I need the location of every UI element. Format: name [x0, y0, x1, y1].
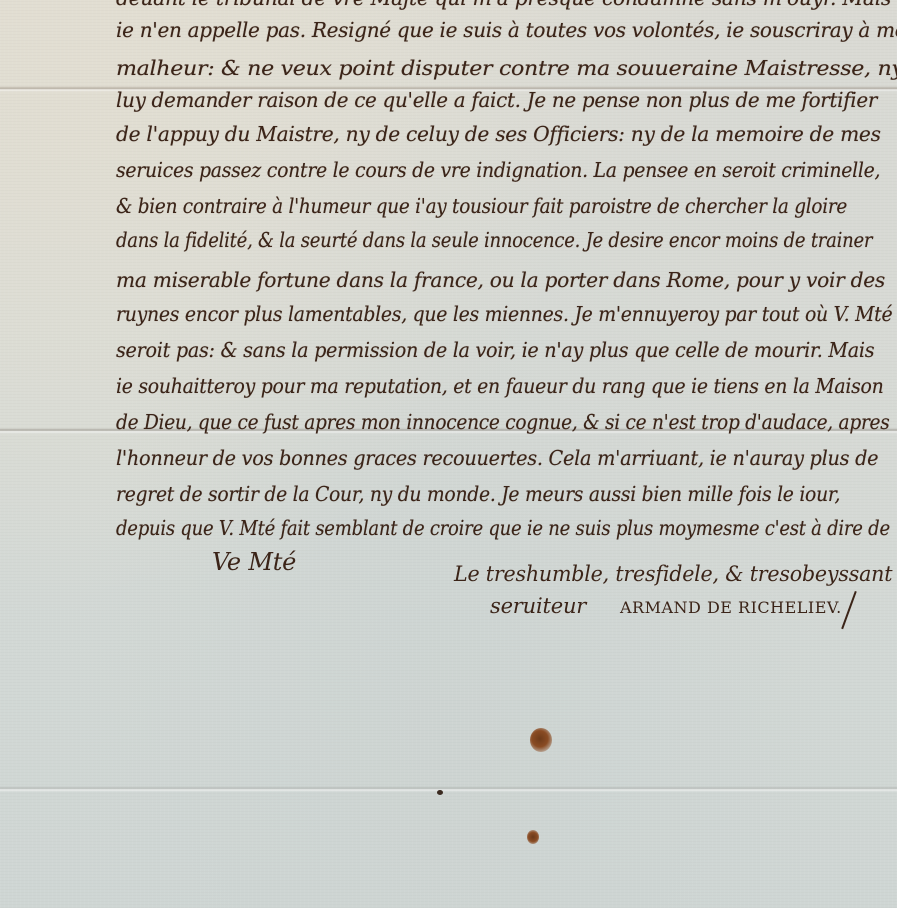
letter-line: regret de sortir de la Cour, ny du monde…	[116, 482, 840, 506]
letter-line: seroit pas: & sans la permission de la v…	[116, 338, 874, 362]
letter-line: ie n'en appelle pas. Resigné que ie suis…	[116, 18, 897, 42]
letter-line: seruices passez contre le cours de vre i…	[116, 158, 880, 182]
letter-line: dans la fidelité, & la seurté dans la se…	[116, 228, 872, 252]
letter-line: depuis que V. Mté fait semblant de croir…	[116, 516, 890, 540]
letter-line: ie souhaitteroy pour ma reputation, et e…	[116, 374, 883, 398]
letter-body: deuant le tribunal de vre Majte qui m'a …	[0, 0, 897, 908]
letter-line: ruynes encor plus lamentables, que les m…	[116, 302, 897, 326]
addressee-abbreviation: Ve Mté	[212, 548, 296, 576]
letter-line: de l'appuy du Maistre, ny de celuy de se…	[116, 122, 881, 146]
servant-word: seruiteur	[490, 594, 586, 618]
closing-formula: Le treshumble, tresfidele, & tresobeyssa…	[454, 562, 892, 586]
letter-line: de Dieu, que ce fust apres mon innocence…	[116, 410, 890, 434]
letter-line: ma miserable fortune dans la france, ou …	[116, 268, 885, 292]
signature-flourish	[841, 591, 856, 629]
letter-line: malheur: & ne veux point disputer contre…	[116, 56, 897, 80]
letter-line: deuant le tribunal de vre Majte qui m'a …	[116, 0, 891, 10]
letter-line: l'honneur de vos bonnes graces recouuert…	[116, 446, 878, 470]
letter-line: & bien contraire à l'humeur que i'ay tou…	[116, 194, 847, 218]
letter-line: luy demander raison de ce qu'elle a faic…	[116, 88, 877, 112]
signature: ARMAND DE RICHELIEV.	[620, 598, 842, 617]
